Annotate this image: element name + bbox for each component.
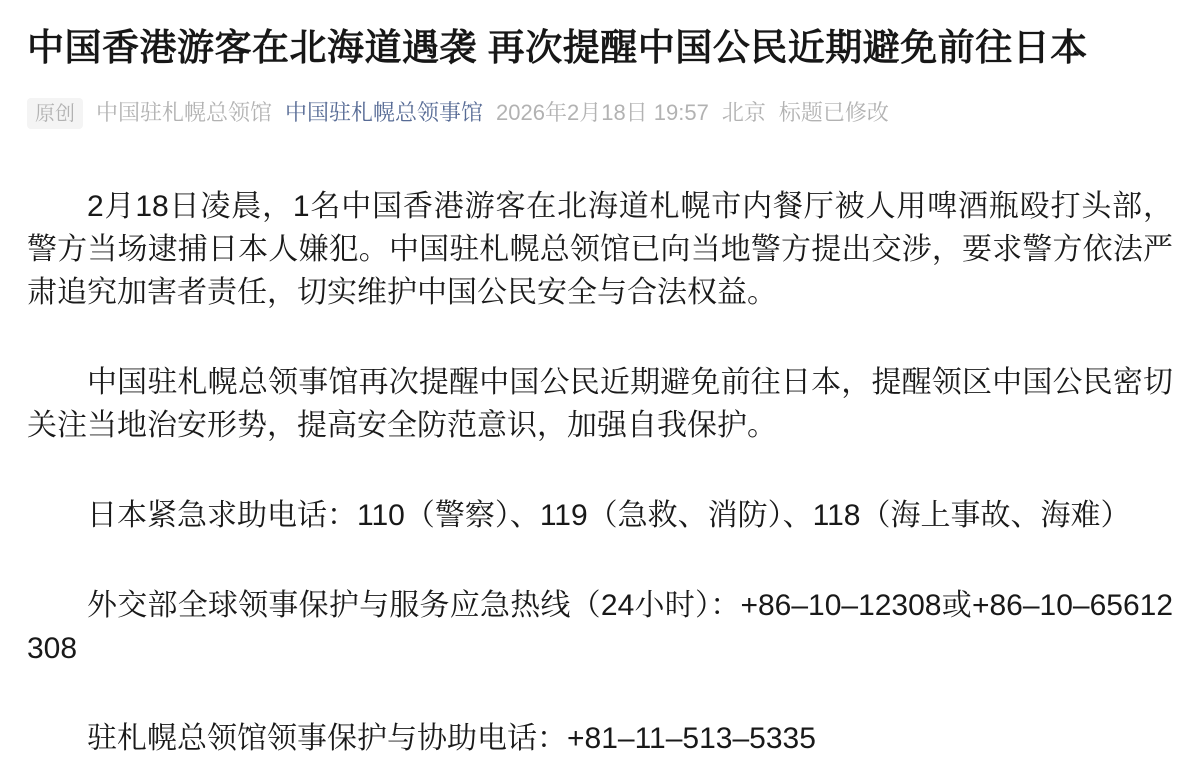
title-modified-note: 标题已修改 [779,98,889,128]
body-paragraph-mfa-hotline: 外交部全球领事保护与服务应急热线（24小时）：+86–10–12308或+86–… [27,584,1173,670]
body-paragraph-reminder: 中国驻札幌总领事馆再次提醒中国公民近期避免前往日本，提醒领区中国公民密切关注当地… [27,361,1173,447]
body-paragraph-incident: 2月18日凌晨，1名中国香港游客在北海道札幌市内餐厅被人用啤酒瓶殴打头部，警方当… [27,185,1173,314]
author-name: 中国驻札幌总领馆 [96,98,272,128]
publish-location: 北京 [722,98,766,128]
body-paragraph-japan-emergency-numbers: 日本紧急求助电话：110（警察）、119（急救、消防）、118（海上事故、海难） [27,494,1173,537]
publish-datetime: 2026年2月18日 19:57 [496,98,709,128]
article-title: 中国香港游客在北海道遇袭 再次提醒中国公民近期避免前往日本 [27,22,1173,74]
article-body: 2月18日凌晨，1名中国香港游客在北海道札幌市内餐厅被人用啤酒瓶殴打头部，警方当… [27,185,1173,760]
body-paragraph-consulate-phone: 驻札幌总领馆领事保护与协助电话：+81–11–513–5335 [27,717,1173,760]
account-name-link[interactable]: 中国驻札幌总领事馆 [285,98,483,128]
article-meta-row: 原创 中国驻札幌总领馆 中国驻札幌总领事馆 2026年2月18日 19:57 北… [27,98,1173,129]
original-content-badge: 原创 [27,98,83,129]
article-page: 中国香港游客在北海道遇袭 再次提醒中国公民近期避免前往日本 原创 中国驻札幌总领… [0,22,1200,760]
